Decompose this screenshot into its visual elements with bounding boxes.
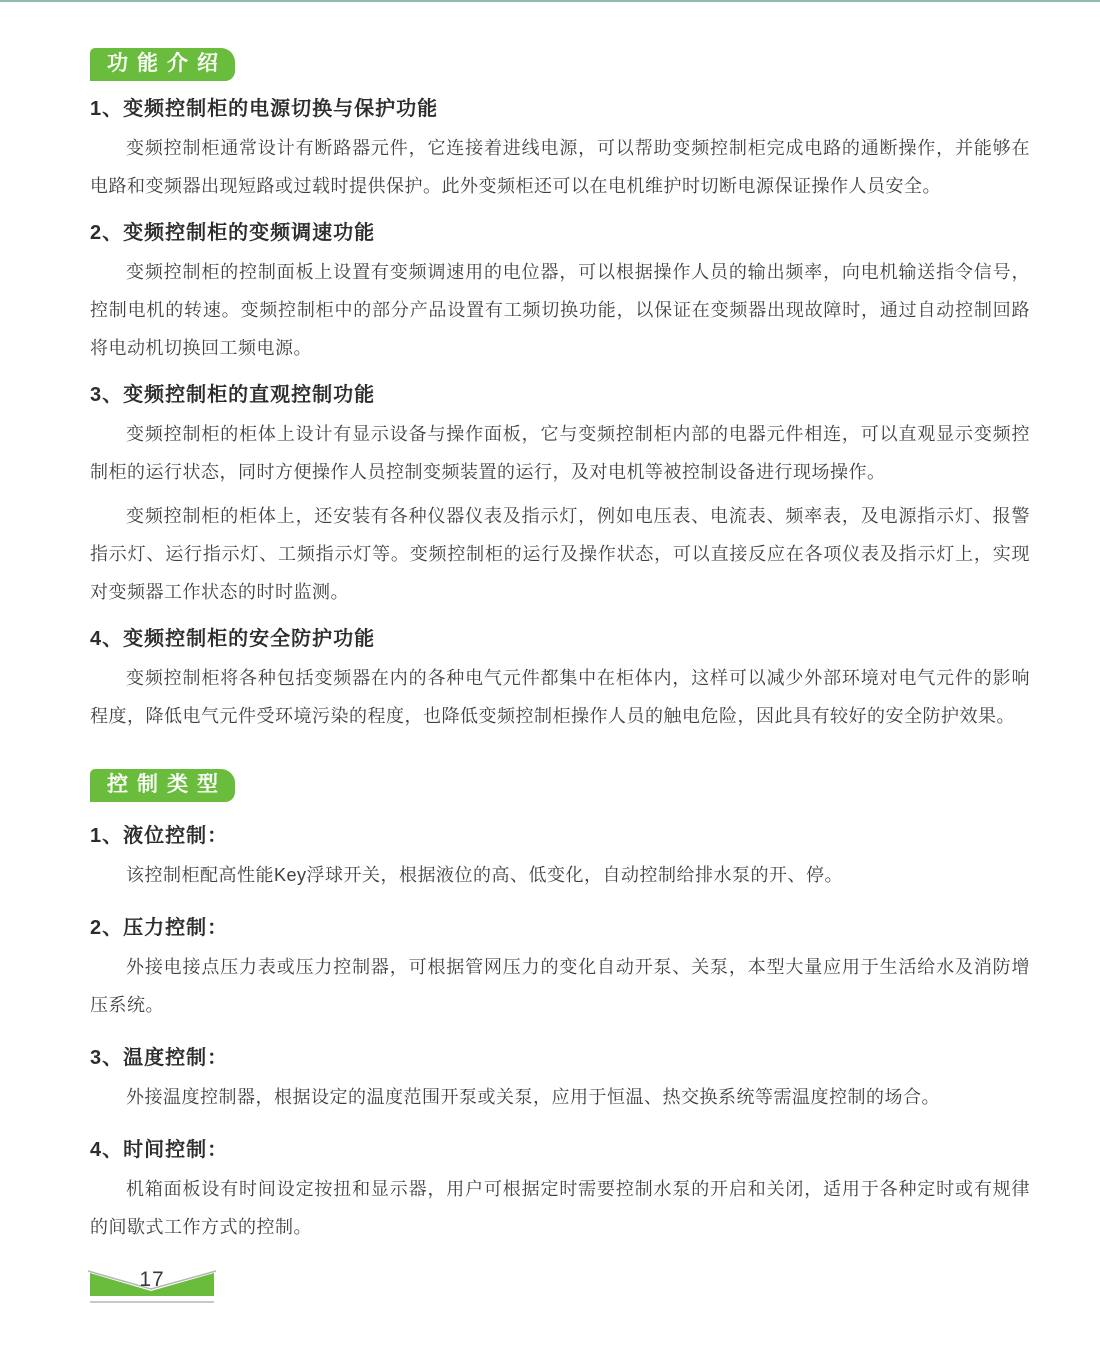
heading-pressure-control: 2、压力控制： <box>90 914 1030 942</box>
paragraph-power-switch: 变频控制柜通常设计有断路器元件，它连接着进线电源，可以帮助变频控制柜完成电路的通… <box>90 129 1030 205</box>
paragraph-visual-control-2: 变频控制柜的柜体上，还安装有各种仪器仪表及指示灯，例如电压表、电流表、频率表，及… <box>90 497 1030 611</box>
badge-row: 功能介绍 <box>90 48 1030 81</box>
section-control-types: 控制类型 1、液位控制： 该控制柜配高性能Key浮球开关，根据液位的高、低变化，… <box>90 769 1030 1246</box>
heading-safety-protection: 4、变频控制柜的安全防护功能 <box>90 625 1030 653</box>
section-badge-control-types: 控制类型 <box>90 769 235 802</box>
heading-power-switch: 1、变频控制柜的电源切换与保护功能 <box>90 95 1030 123</box>
paragraph-level-control: 该控制柜配高性能Key浮球开关，根据液位的高、低变化，自动控制给排水泵的开、停。 <box>90 856 1030 894</box>
page-content: 功能介绍 1、变频控制柜的电源切换与保护功能 变频控制柜通常设计有断路器元件，它… <box>0 2 1100 1246</box>
section-badge-function-intro: 功能介绍 <box>90 48 235 81</box>
heading-visual-control: 3、变频控制柜的直观控制功能 <box>90 381 1030 409</box>
heading-time-control: 4、时间控制： <box>90 1136 1030 1164</box>
page-footer-banner: 17 <box>88 1266 216 1306</box>
heading-temperature-control: 3、温度控制： <box>90 1044 1030 1072</box>
page-number: 17 <box>88 1268 216 1292</box>
heading-speed-regulation: 2、变频控制柜的变频调速功能 <box>90 219 1030 247</box>
paragraph-pressure-control: 外接电接点压力表或压力控制器，可根据管网压力的变化自动开泵、关泵，本型大量应用于… <box>90 948 1030 1024</box>
heading-level-control: 1、液位控制： <box>90 822 1030 850</box>
document-page: 功能介绍 1、变频控制柜的电源切换与保护功能 变频控制柜通常设计有断路器元件，它… <box>0 0 1100 1363</box>
paragraph-temperature-control: 外接温度控制器，根据设定的温度范围开泵或关泵，应用于恒温、热交换系统等需温度控制… <box>90 1078 1030 1116</box>
badge-row: 控制类型 <box>90 769 1030 802</box>
paragraph-time-control: 机箱面板设有时间设定按扭和显示器，用户可根据定时需要控制水泵的开启和关闭，适用于… <box>90 1170 1030 1246</box>
paragraph-visual-control-1: 变频控制柜的柜体上设计有显示设备与操作面板，它与变频控制柜内部的电器元件相连，可… <box>90 415 1030 491</box>
section-function-intro: 功能介绍 1、变频控制柜的电源切换与保护功能 变频控制柜通常设计有断路器元件，它… <box>90 48 1030 735</box>
paragraph-speed-regulation: 变频控制柜的控制面板上设置有变频调速用的电位器，可以根据操作人员的输出频率，向电… <box>90 253 1030 367</box>
paragraph-safety-protection: 变频控制柜将各种包括变频器在内的各种电气元件都集中在柜体内，这样可以减少外部环境… <box>90 659 1030 735</box>
